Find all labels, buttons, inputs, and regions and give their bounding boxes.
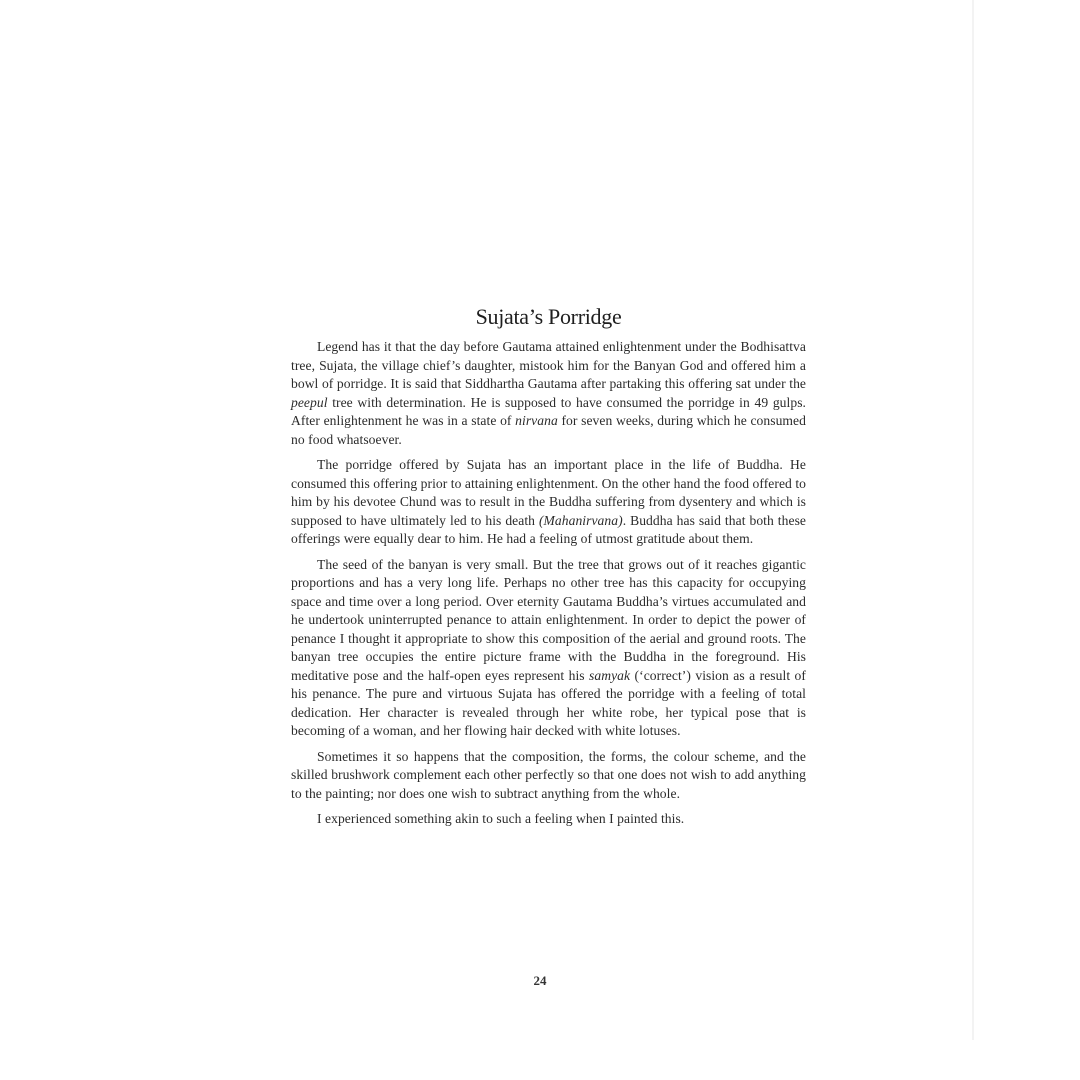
page-edge-divider: [972, 0, 974, 1040]
paragraph: The seed of the banyan is very small. Bu…: [291, 556, 806, 741]
page-number: 24: [0, 973, 1080, 989]
text-segment: Sometimes it so happens that the composi…: [291, 749, 806, 801]
paragraph: Sometimes it so happens that the composi…: [291, 748, 806, 804]
italic-term: (Mahanirvana): [539, 513, 623, 528]
paragraph: Legend has it that the day before Gautam…: [291, 338, 806, 449]
text-segment: I experienced something akin to such a f…: [317, 811, 684, 826]
text-segment: The seed of the banyan is very small. Bu…: [291, 557, 806, 683]
paragraph: I experienced something akin to such a f…: [291, 810, 806, 829]
paragraph: The porridge offered by Sujata has an im…: [291, 456, 806, 549]
page-title: Sujata’s Porridge: [291, 304, 806, 330]
italic-term: samyak: [589, 668, 630, 683]
italic-term: nirvana: [515, 413, 558, 428]
italic-term: peepul: [291, 395, 328, 410]
text-segment: Legend has it that the day before Gautam…: [291, 339, 806, 391]
page-content: Sujata’s Porridge Legend has it that the…: [291, 304, 806, 836]
